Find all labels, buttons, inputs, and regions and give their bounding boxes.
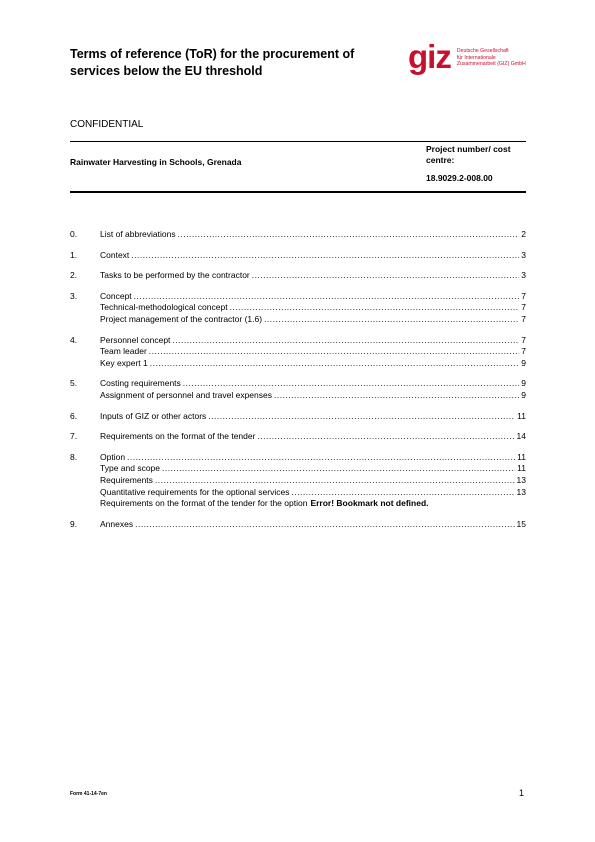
toc-section-number: 2. [70, 270, 100, 282]
toc-entry[interactable]: 5.Costing requirements9 [70, 378, 526, 390]
project-number: 18.9029.2-008.00 [426, 173, 493, 183]
toc-section-number: 0. [70, 229, 100, 241]
toc-entry[interactable]: 8.Option11 [70, 452, 526, 464]
classification-label: CONFIDENTIAL [70, 119, 143, 130]
toc-page-number: 7 [521, 291, 526, 303]
toc-entry-label: Personnel concept [100, 335, 170, 347]
project-number-label: Project number/ cost centre: [426, 144, 526, 166]
toc-leader-dots [208, 411, 515, 423]
toc-page-number: 11 [517, 411, 526, 423]
toc-entry[interactable]: 6.Inputs of GIZ or other actors11 [70, 411, 526, 423]
toc-page-number: 9 [521, 390, 526, 402]
table-of-contents: 0.List of abbreviations21.Context32.Task… [70, 229, 526, 539]
toc-section-number: 1. [70, 250, 100, 262]
toc-page-number: 7 [521, 302, 526, 314]
toc-section: 4.Personnel concept74.Team leader74.Key … [70, 335, 526, 370]
toc-entry-label: Inputs of GIZ or other actors [100, 411, 206, 423]
toc-leader-dots [257, 431, 514, 443]
toc-section: 7.Requirements on the format of the tend… [70, 431, 526, 443]
toc-page-number: 9 [521, 378, 526, 390]
toc-entry[interactable]: 4.Key expert 19 [70, 358, 526, 370]
toc-entry[interactable]: 3.Technical-methodological concept7 [70, 302, 526, 314]
toc-entry-label: Requirements [100, 475, 153, 487]
toc-page-number: 7 [521, 335, 526, 347]
toc-leader-dots [172, 335, 519, 347]
toc-entry-label: Annexes [100, 519, 133, 531]
toc-leader-dots [183, 378, 519, 390]
toc-page-number: 7 [521, 314, 526, 326]
toc-entry-label: Team leader [100, 346, 147, 358]
toc-entry[interactable]: 3.Project management of the contractor (… [70, 314, 526, 326]
toc-entry-label: Concept [100, 291, 132, 303]
toc-entry[interactable]: 2.Tasks to be performed by the contracto… [70, 270, 526, 282]
toc-section: 8.Option118.Type and scope118.Requiremen… [70, 452, 526, 510]
toc-page-number: 14 [517, 431, 526, 443]
toc-section-number: 4. [70, 335, 100, 347]
toc-section: 2.Tasks to be performed by the contracto… [70, 270, 526, 282]
toc-section: 9.Annexes15 [70, 519, 526, 531]
toc-entry-label: Quantitative requirements for the option… [100, 487, 289, 499]
toc-section: 1.Context3 [70, 250, 526, 262]
toc-section: 6.Inputs of GIZ or other actors11 [70, 411, 526, 423]
toc-page-number: 3 [521, 270, 526, 282]
toc-entry[interactable]: 8.Quantitative requirements for the opti… [70, 487, 526, 499]
toc-leader-dots [155, 475, 515, 487]
toc-section-number: 6. [70, 411, 100, 423]
form-id: Form 41-14-7en [70, 791, 107, 797]
toc-page-number: 3 [521, 250, 526, 262]
toc-entry-label: List of abbreviations [100, 229, 176, 241]
toc-section: 0.List of abbreviations2 [70, 229, 526, 241]
toc-leader-dots [178, 229, 520, 241]
toc-page-number: 13 [517, 487, 526, 499]
toc-leader-dots [162, 463, 515, 475]
toc-leader-dots [149, 346, 519, 358]
giz-logo-mark: giz [408, 44, 451, 70]
toc-page-number: 2 [521, 229, 526, 241]
document-title: Terms of reference (ToR) for the procure… [70, 46, 400, 80]
toc-section: 5.Costing requirements95.Assignment of p… [70, 378, 526, 401]
toc-section-number: 8. [70, 452, 100, 464]
toc-section: 3.Concept73.Technical-methodological con… [70, 291, 526, 326]
giz-logo: giz Deutsche Gesellschaft für Internatio… [408, 44, 526, 70]
toc-section-number: 5. [70, 378, 100, 390]
toc-entry[interactable]: 5.Assignment of personnel and travel exp… [70, 390, 526, 402]
toc-entry-label: Project management of the contractor (1.… [100, 314, 262, 326]
toc-leader-dots [264, 314, 519, 326]
toc-leader-dots [150, 358, 520, 370]
toc-leader-dots [134, 291, 520, 303]
toc-page-number: 11 [517, 463, 526, 475]
toc-leader-dots [291, 487, 514, 499]
toc-section-number: 7. [70, 431, 100, 443]
toc-entry-label: Assignment of personnel and travel expen… [100, 390, 272, 402]
project-name: Rainwater Harvesting in Schools, Grenada [70, 157, 241, 167]
toc-entry-label: Option [100, 452, 125, 464]
toc-entry[interactable]: 4.Personnel concept7 [70, 335, 526, 347]
toc-entry-label: Tasks to be performed by the contractor [100, 270, 250, 282]
toc-page-number: 9 [521, 358, 526, 370]
toc-entry[interactable]: 8.Requirements13 [70, 475, 526, 487]
toc-page-number: 15 [517, 519, 526, 531]
toc-entry-label: Type and scope [100, 463, 160, 475]
toc-entry[interactable]: 3.Concept7 [70, 291, 526, 303]
toc-entry-label: Costing requirements [100, 378, 181, 390]
toc-leader-dots [252, 270, 519, 282]
toc-entry-label: Technical-methodological concept [100, 302, 228, 314]
toc-page-number: 7 [521, 346, 526, 358]
toc-entry-label: Requirements on the format of the tender… [100, 498, 307, 510]
table-rule-bottom [70, 191, 526, 193]
toc-entry-label: Context [100, 250, 129, 262]
table-rule-top [70, 141, 526, 142]
toc-entry-label: Requirements on the format of the tender [100, 431, 255, 443]
toc-bookmark-error: Error! Bookmark not defined. [310, 498, 428, 510]
toc-entry[interactable]: 9.Annexes15 [70, 519, 526, 531]
logo-line: Zusammenarbeit (GIZ) GmbH [457, 61, 526, 68]
toc-entry[interactable]: 0.List of abbreviations2 [70, 229, 526, 241]
page-number: 1 [519, 788, 524, 798]
toc-page-number: 13 [517, 475, 526, 487]
giz-logo-text: Deutsche Gesellschaft für Internationale… [457, 48, 526, 68]
toc-leader-dots [274, 390, 519, 402]
toc-section-number: 3. [70, 291, 100, 303]
toc-entry-label: Key expert 1 [100, 358, 148, 370]
toc-leader-dots [131, 250, 519, 262]
toc-leader-dots [135, 519, 514, 531]
toc-page-number: 11 [517, 452, 526, 464]
toc-entry[interactable]: 7.Requirements on the format of the tend… [70, 431, 526, 443]
toc-section-number: 9. [70, 519, 100, 531]
toc-leader-dots [127, 452, 515, 464]
toc-entry[interactable]: 8.Type and scope11 [70, 463, 526, 475]
toc-entry[interactable]: 8.Requirements on the format of the tend… [70, 498, 526, 510]
toc-entry[interactable]: 4.Team leader7 [70, 346, 526, 358]
toc-entry[interactable]: 1.Context3 [70, 250, 526, 262]
toc-leader-dots [230, 302, 520, 314]
